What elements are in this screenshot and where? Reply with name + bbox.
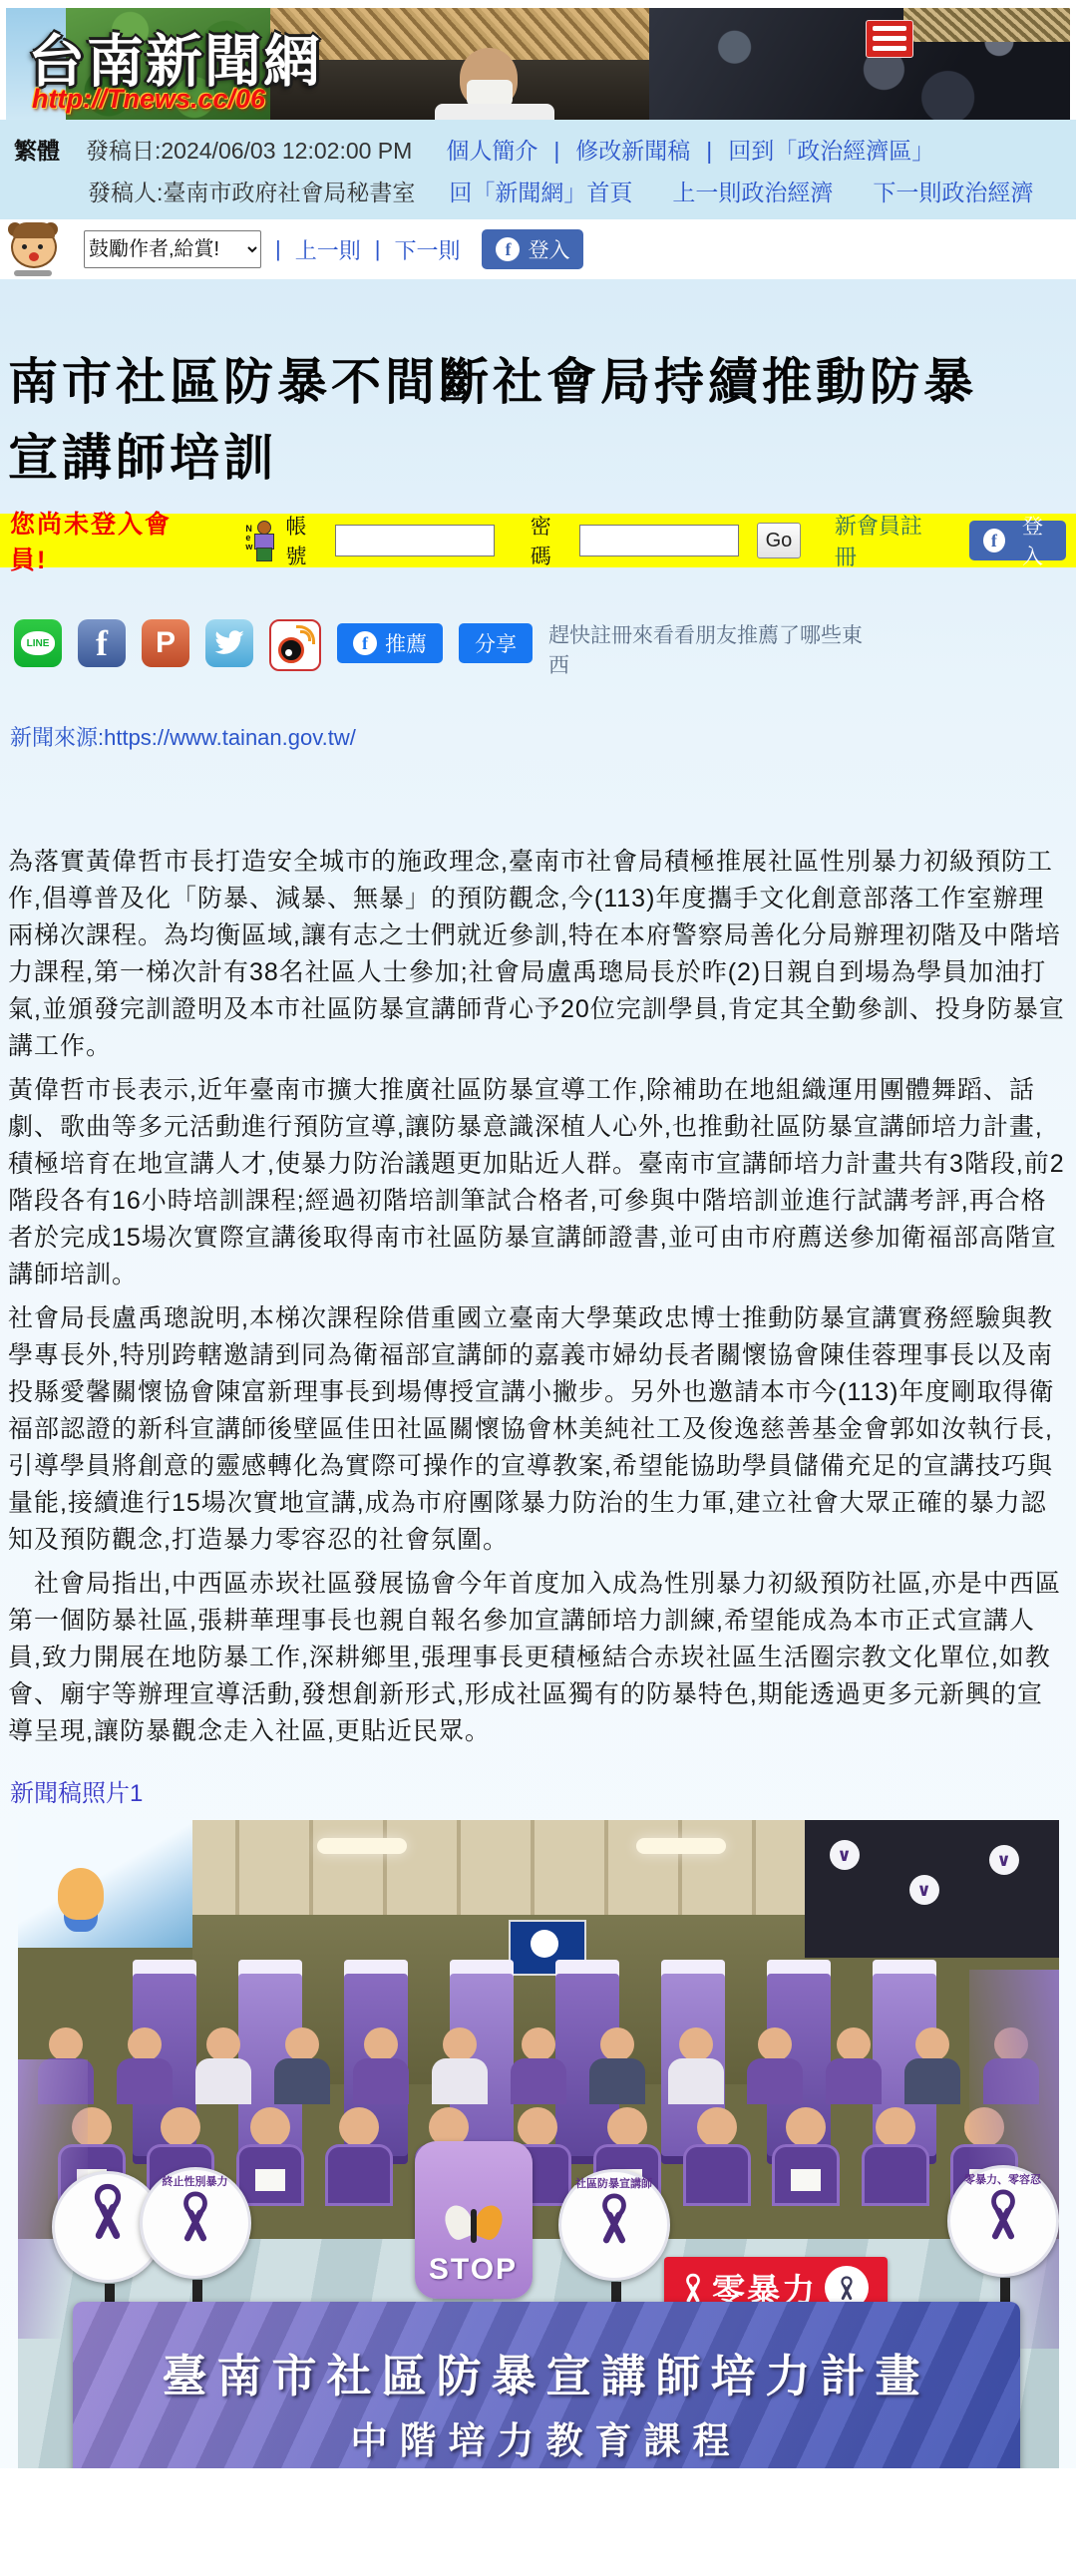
round-sign-zero-tolerance: 零暴力、零容忍 [947,2165,1059,2277]
nav-separator: | [553,138,559,164]
press-photo-link[interactable]: 新聞稿照片1 [10,1773,143,1808]
top-nav: 繁體發稿日:2024/06/03 12:02:00 PM個人簡介|修改新聞稿|回… [0,120,1076,219]
register-link[interactable]: 新會員註冊 [835,510,937,571]
next-article-link[interactable]: 下一則 [394,234,460,265]
article-paragraph: 為落實黃偉哲市長打造安全城市的施政理念,臺南市社會局積極推展社區性別暴力初級預防… [8,844,1068,1065]
account-input[interactable] [335,525,495,556]
fb-share-label: 分享 [475,628,517,658]
event-banner-title: 臺南市社區防暴宣講師培力計畫 [162,2340,929,2404]
nav-link-profile[interactable]: 個人簡介 [446,138,538,164]
nav-line-1: 繁體發稿日:2024/06/03 12:02:00 PM個人簡介|修改新聞稿|回… [0,130,1076,172]
password-input[interactable] [579,525,739,556]
toolbar-separator: | [375,236,381,262]
nav-line-2: 發稿人:臺南市政府社會局秘書室回「新聞網」首頁上一則政治經濟下一則政治經濟 [0,172,1076,213]
round-sign-speaker: 社區防暴宣講師 [558,2169,670,2281]
sign-label: 零暴力、零容忍 [964,2174,1041,2186]
article-paragraph: 黃偉哲市長表示,近年臺南市擴大推廣社區防暴宣導工作,除補助在地組織運用團體舞蹈、… [8,1072,1068,1293]
fb-recommend-button[interactable]: f 推薦 [337,623,443,663]
person-figure [511,2027,566,2104]
person-figure [772,2107,840,2206]
avatar-eye [38,244,43,249]
round-sign-end-gender-violence: 終止性別暴力 [140,2167,251,2279]
sign-label: 社區防暴宣講師 [575,2178,652,2190]
person-figure [274,2027,330,2104]
facebook-icon: f [353,631,377,655]
stop-sign: STOP [415,2141,533,2299]
photo-vignette [969,1970,1059,2349]
nav-link-home[interactable]: 回「新聞網」首頁 [449,180,632,205]
ceiling-light [317,1838,407,1854]
reward-author-select[interactable]: 鼓勵作者,給賞! [84,230,261,268]
nav-link-edit-article[interactable]: 修改新聞稿 [575,138,690,164]
avatar-hat [13,222,55,238]
ribbon-icon: ∨ [909,1875,939,1905]
person-figure [589,2027,645,2104]
facebook-login-label: 登入 [528,234,569,264]
source-line: 新聞來源:https://www.tainan.gov.tw/ [10,721,1076,752]
password-label: 密碼 [531,511,569,570]
publisher-label: 發稿人:臺南市政府社會局秘書室 [88,180,415,205]
plurk-icon[interactable]: P [142,619,189,667]
event-banner-subtitle: 中階培力教育課程 [351,2410,742,2464]
sign-label: 終止性別暴力 [163,2176,228,2188]
projection-screen-left [18,1820,192,1948]
site-url: http://Tnews.cc/06 [32,84,265,115]
person-figure [862,2107,929,2206]
person-figure [117,2027,173,2104]
nav-link-prev-article[interactable]: 上一則政治經濟 [672,180,833,205]
banner-photo-face-mask [467,80,513,106]
ribbon-icon: ∨ [989,1845,1019,1875]
banner-photo-roof [903,8,1070,42]
login-bar: 您尚未登入會員! New 帳號 密碼 Go 新會員註冊 f 登入 [0,514,1076,567]
toolbar: 鼓勵作者,給賞! | 上一則 | 下一則 f 登入 [0,219,1076,279]
facebook-icon[interactable]: f [78,619,126,667]
person-figure [826,2027,882,2104]
news-badge-icon [866,20,913,58]
new-member-icon: New [245,521,273,560]
line-icon[interactable]: LINE [14,619,62,667]
facebook-login-button-2[interactable]: f 登入 [969,521,1066,560]
fb-recommend-label: 推薦 [385,628,427,658]
avatar-eye [22,244,27,249]
content-area: 南市社區防暴不間斷社會局持續推動防暴宣講師培訓 您尚未登入會員! New 帳號 … [0,279,1076,2468]
line-bubble: LINE [21,631,55,655]
facebook-login-button[interactable]: f 登入 [482,229,583,269]
nav-link-next-article[interactable]: 下一則政治經濟 [873,180,1033,205]
event-banner: 臺南市社區防暴宣講師培力計畫 中階培力教育課程 [73,2302,1020,2468]
person-figure [353,2027,409,2104]
pencil-icon [14,270,52,276]
ceiling-light [636,1838,726,1854]
facebook-icon: f [496,237,520,261]
site-banner: 台南新聞網 http://Tnews.cc/06 [6,8,1070,120]
facebook-login-label: 登入 [1013,511,1052,570]
nav-separator: | [706,138,712,164]
article-title: 南市社區防暴不間斷社會局持續推動防暴宣講師培訓 [8,344,1005,496]
stop-label: STOP [429,2253,518,2287]
screen-cartoon-figure [58,1868,104,1920]
article-body: 為落實黃偉哲市長打造安全城市的施政理念,臺南市社會局積極推展社區性別暴力初級預防… [8,844,1068,1750]
person-figure [432,2027,488,2104]
person-figure [195,2027,251,2104]
person-figure [668,2027,724,2104]
article-paragraph: 社會局長盧禹璁說明,本梯次課程除借重國立臺南大學葉政忠博士推動防暴宣講實務經驗與… [8,1300,1068,1559]
person-figure [747,2027,803,2104]
login-warning: 您尚未登入會員! [10,505,195,576]
toolbar-separator: | [275,236,281,262]
language-label: 繁體 [14,138,60,164]
nav-link-back-to-section[interactable]: 回到「政治經濟區」 [728,138,934,164]
weibo-icon[interactable] [269,619,321,671]
flag-sun [531,1930,558,1958]
avatar-mouth [29,252,39,261]
person-figure [683,2107,751,2206]
facebook-icon: f [983,529,1005,552]
login-go-button[interactable]: Go [757,523,801,558]
weibo-pupil [285,649,292,656]
share-hint-text: 趕快註冊來看看朋友推薦了哪些東西 [548,621,883,681]
ribbon-icon: ∨ [830,1840,860,1870]
source-link[interactable]: 新聞來源:https://www.tainan.gov.tw/ [10,725,356,750]
twitter-icon[interactable] [205,619,253,667]
press-photo: ∨ ∨ ∨ 終 [18,1820,1059,2468]
article-paragraph: 社會局指出,中西區赤崁社區發展協會今年首度加入成為性別暴力初級預防社區,亦是中西… [8,1566,1068,1750]
post-date: 發稿日:2024/06/03 12:02:00 PM [86,138,412,164]
banner-photo-person-shoulder [435,104,554,120]
account-label: 帳號 [285,511,324,570]
butterfly-icon [444,2205,504,2245]
share-row: LINE f P f 推薦 分享 趕快註冊來看看朋友推薦了哪些東西 [14,619,1076,681]
prev-article-link[interactable]: 上一則 [295,234,361,265]
person-figure [904,2027,960,2104]
banner-photo-thatch-roof [270,8,649,66]
person-figure [325,2107,393,2206]
page: 台南新聞網 http://Tnews.cc/06 繁體發稿日:2024/06/0… [0,0,1076,2576]
photo-crowd-back-row [38,2027,1039,2104]
person-figure [236,2107,304,2206]
author-avatar [8,220,58,278]
fb-share-button[interactable]: 分享 [459,623,533,663]
